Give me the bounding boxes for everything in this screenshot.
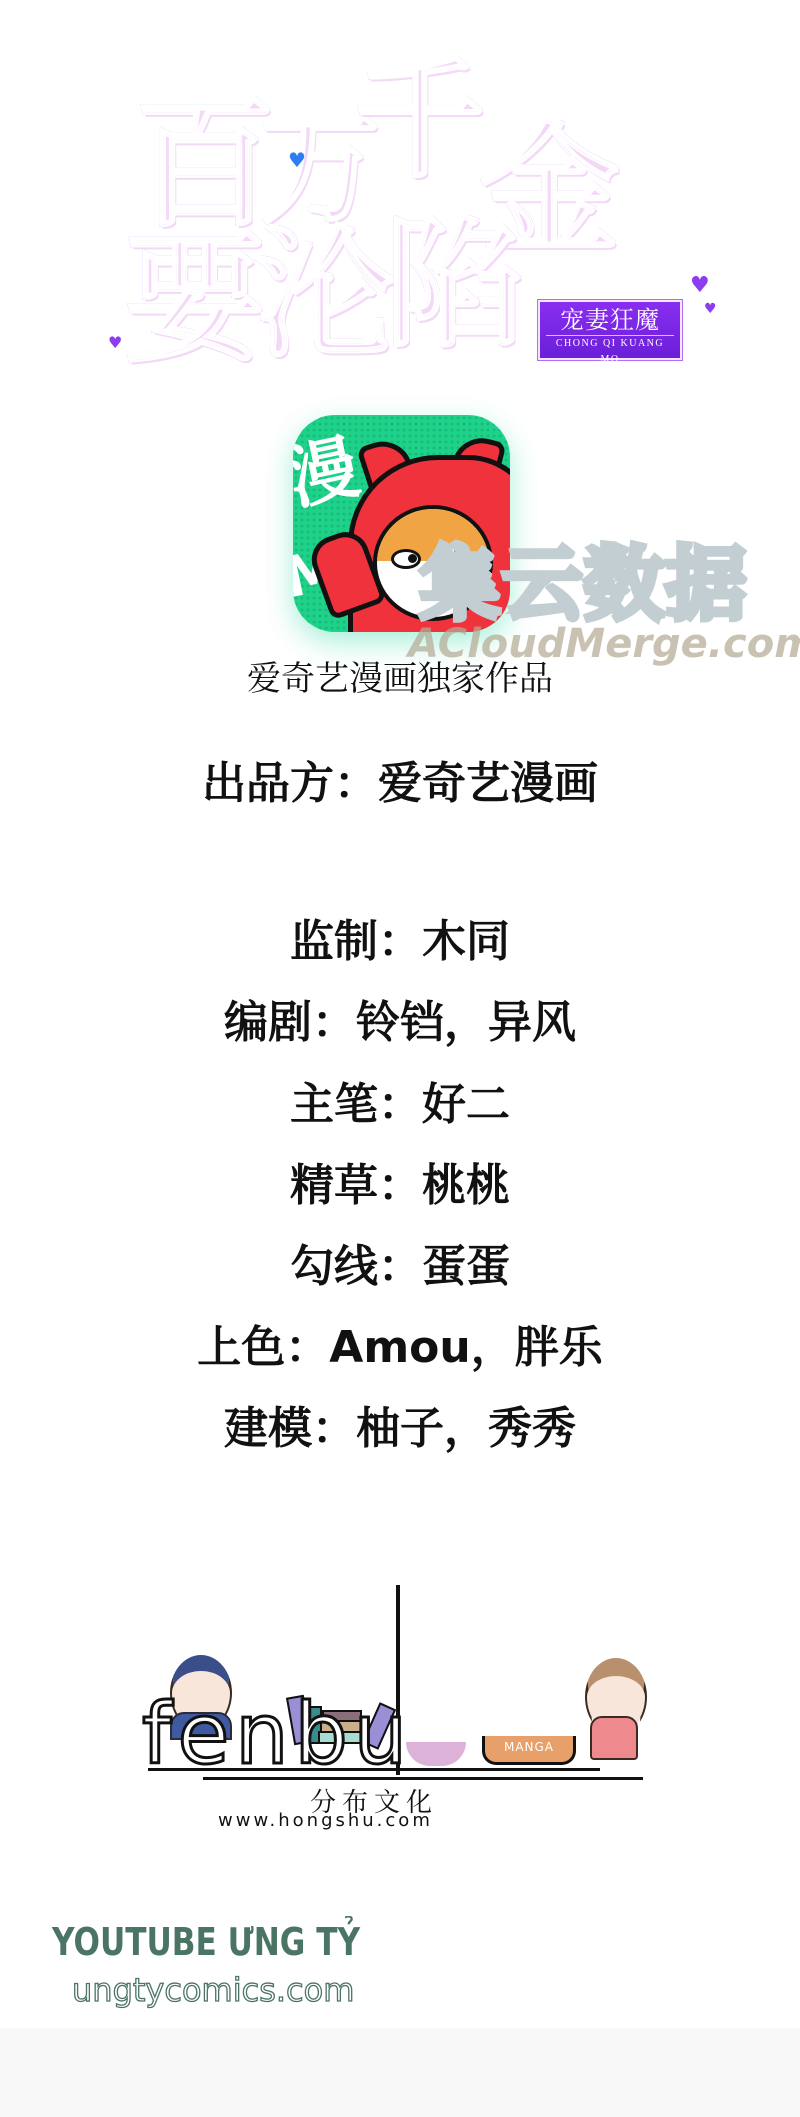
publisher-line: 出品方：爱奇艺漫画 xyxy=(0,754,800,814)
credit-supervisor: 监制：木同 xyxy=(0,912,800,972)
studio-logo: fenbu MANGA 分布文化 www.hongshu.com xyxy=(130,1570,690,1830)
fenbu-wordmark: fenbu xyxy=(142,1692,413,1776)
heart-icon: ♥ xyxy=(288,150,306,170)
credit-lead-artist: 主笔：好二 xyxy=(0,1075,800,1135)
title-char: 陷 xyxy=(385,215,525,355)
manga-badge: MANGA xyxy=(482,1736,576,1765)
credit-sketch: 精草：桃桃 xyxy=(0,1156,800,1216)
chibi-girl-body xyxy=(590,1716,638,1760)
title-char: 百 xyxy=(135,95,275,235)
credit-screenwriter: 编剧：铃铛，异风 xyxy=(0,993,800,1053)
title-char: 沦 xyxy=(255,225,395,365)
studio-url: www.hongshu.com xyxy=(218,1810,433,1831)
heart-icon: ♥ xyxy=(704,302,717,316)
heart-icon xyxy=(406,1742,466,1766)
heart-icon: ♥ xyxy=(108,335,122,351)
subtitle-en: CHONG QI KUANG MO xyxy=(546,335,674,368)
credit-modeling: 建模：柚子，秀秀 xyxy=(0,1399,800,1459)
title-char: 要 xyxy=(125,230,265,370)
credit-lineart: 勾线：蛋蛋 xyxy=(0,1237,800,1297)
logo-underline xyxy=(148,1768,600,1771)
subtitle-badge: 宠妻狂魔 CHONG QI KUANG MO xyxy=(538,300,682,360)
bottom-band xyxy=(0,2028,800,2117)
title-char: 千 xyxy=(355,55,485,185)
exclusive-work-label: 爱奇艺漫画独家作品 xyxy=(0,654,800,704)
heart-icon: ♥ xyxy=(690,275,710,297)
watermark-cn: 集云数据 xyxy=(420,540,800,630)
youtube-channel-label: YOUTUBE ƯNG TỶ xyxy=(52,1920,360,1964)
channel-url: ungtycomics.com xyxy=(72,1972,354,2008)
credit-coloring: 上色：Amou，胖乐 xyxy=(0,1318,800,1378)
logo-underline xyxy=(203,1777,643,1780)
subtitle-cn: 宠妻狂魔 xyxy=(540,302,680,335)
